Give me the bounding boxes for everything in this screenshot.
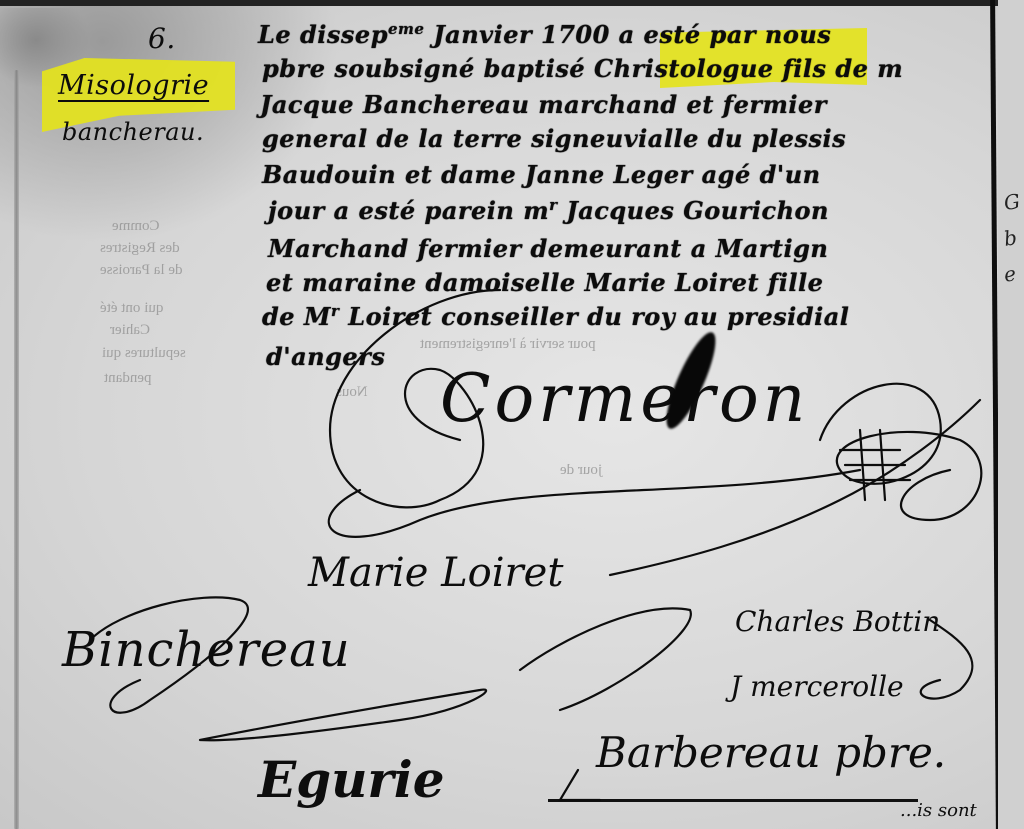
superscript: r bbox=[549, 196, 557, 214]
highlighted-given-name: Christologue bbox=[594, 54, 774, 83]
signature-binchereau: Binchereau bbox=[62, 622, 351, 678]
body-line-5: Baudouin et dame Janne Leger agé d'un bbox=[262, 160, 821, 189]
body-line-4: general de la terre signeuvialle du ples… bbox=[262, 124, 846, 153]
bleed-through-text: Comme bbox=[112, 218, 160, 235]
bleed-through-text: Cahier bbox=[110, 322, 150, 339]
body-line-1: Le dissepeme Janvier 1700 a esté par nou… bbox=[258, 20, 831, 49]
signature-underline bbox=[548, 799, 918, 802]
date-month-year: Janvier 1700 a esté par nous bbox=[433, 20, 831, 49]
binding-fold-line bbox=[14, 70, 19, 829]
son-of-phrase: fils de m bbox=[782, 54, 903, 83]
signature-mercerolle: J mercerolle bbox=[730, 670, 904, 703]
bottom-text-fragment: ...is sont bbox=[900, 800, 977, 821]
margin-surname: bancherau. bbox=[62, 118, 204, 146]
godfather-phrase: jour a esté parein m bbox=[268, 196, 549, 225]
signature-charles-bottin: Charles Bottin bbox=[735, 605, 940, 638]
superscript: eme bbox=[388, 20, 424, 38]
bleed-through-text: sepultures qui bbox=[102, 345, 186, 362]
body-line-6: jour a esté parein mr Jacques Gourichon bbox=[268, 196, 829, 225]
body-line-2: pbre soubsigné baptisé Christologue fils… bbox=[262, 54, 903, 83]
body-line-9: de Mr Loiret conseiller du roy au presid… bbox=[262, 302, 849, 331]
bleed-through-text: pendant bbox=[104, 370, 151, 387]
signature-barbereau-priest: Barbereau pbre. bbox=[596, 728, 946, 777]
bleed-through-text: qui ont été bbox=[100, 300, 163, 317]
body-line-10: d'angers bbox=[266, 342, 385, 371]
bleed-through-text: jour de bbox=[560, 462, 602, 479]
bleed-through-text: de la Paroisse bbox=[100, 262, 182, 279]
page-top-edge bbox=[0, 0, 1024, 6]
bleed-through-text: Nous bbox=[336, 384, 368, 401]
superscript: r bbox=[331, 302, 339, 320]
signature-marie-loiret: Marie Loiret bbox=[308, 550, 563, 596]
adjacent-page-strip bbox=[998, 0, 1024, 829]
father-title: Loiret conseiller du roy au presidial bbox=[348, 302, 849, 331]
signature-cormeron: Cormeron bbox=[440, 360, 809, 437]
margin-highlighted-title: Misologrie bbox=[58, 70, 209, 101]
bleed-through-text: pour servir à l'enregistrement bbox=[420, 336, 596, 353]
adjacent-page-fragment: G bbox=[1002, 189, 1021, 215]
signature-egurie: Egurie bbox=[258, 750, 445, 809]
bleed-through-text: des Registres bbox=[100, 240, 180, 257]
baptism-phrase: pbre soubsigné baptisé bbox=[262, 54, 585, 83]
godfather-name: Jacques Gourichon bbox=[566, 196, 829, 225]
entry-number: 6. bbox=[148, 22, 176, 55]
body-line-8: et maraine damoiselle Marie Loiret fille bbox=[266, 268, 823, 297]
date-day: Le dissep bbox=[258, 20, 388, 49]
of-mr: de M bbox=[262, 302, 331, 331]
manuscript-page: Comme des Registres de la Paroisse qui o… bbox=[0, 0, 1024, 829]
body-line-7: Marchand fermier demeurant a Martign bbox=[268, 234, 828, 263]
body-line-3: Jacque Banchereau marchand et fermier bbox=[260, 90, 827, 119]
